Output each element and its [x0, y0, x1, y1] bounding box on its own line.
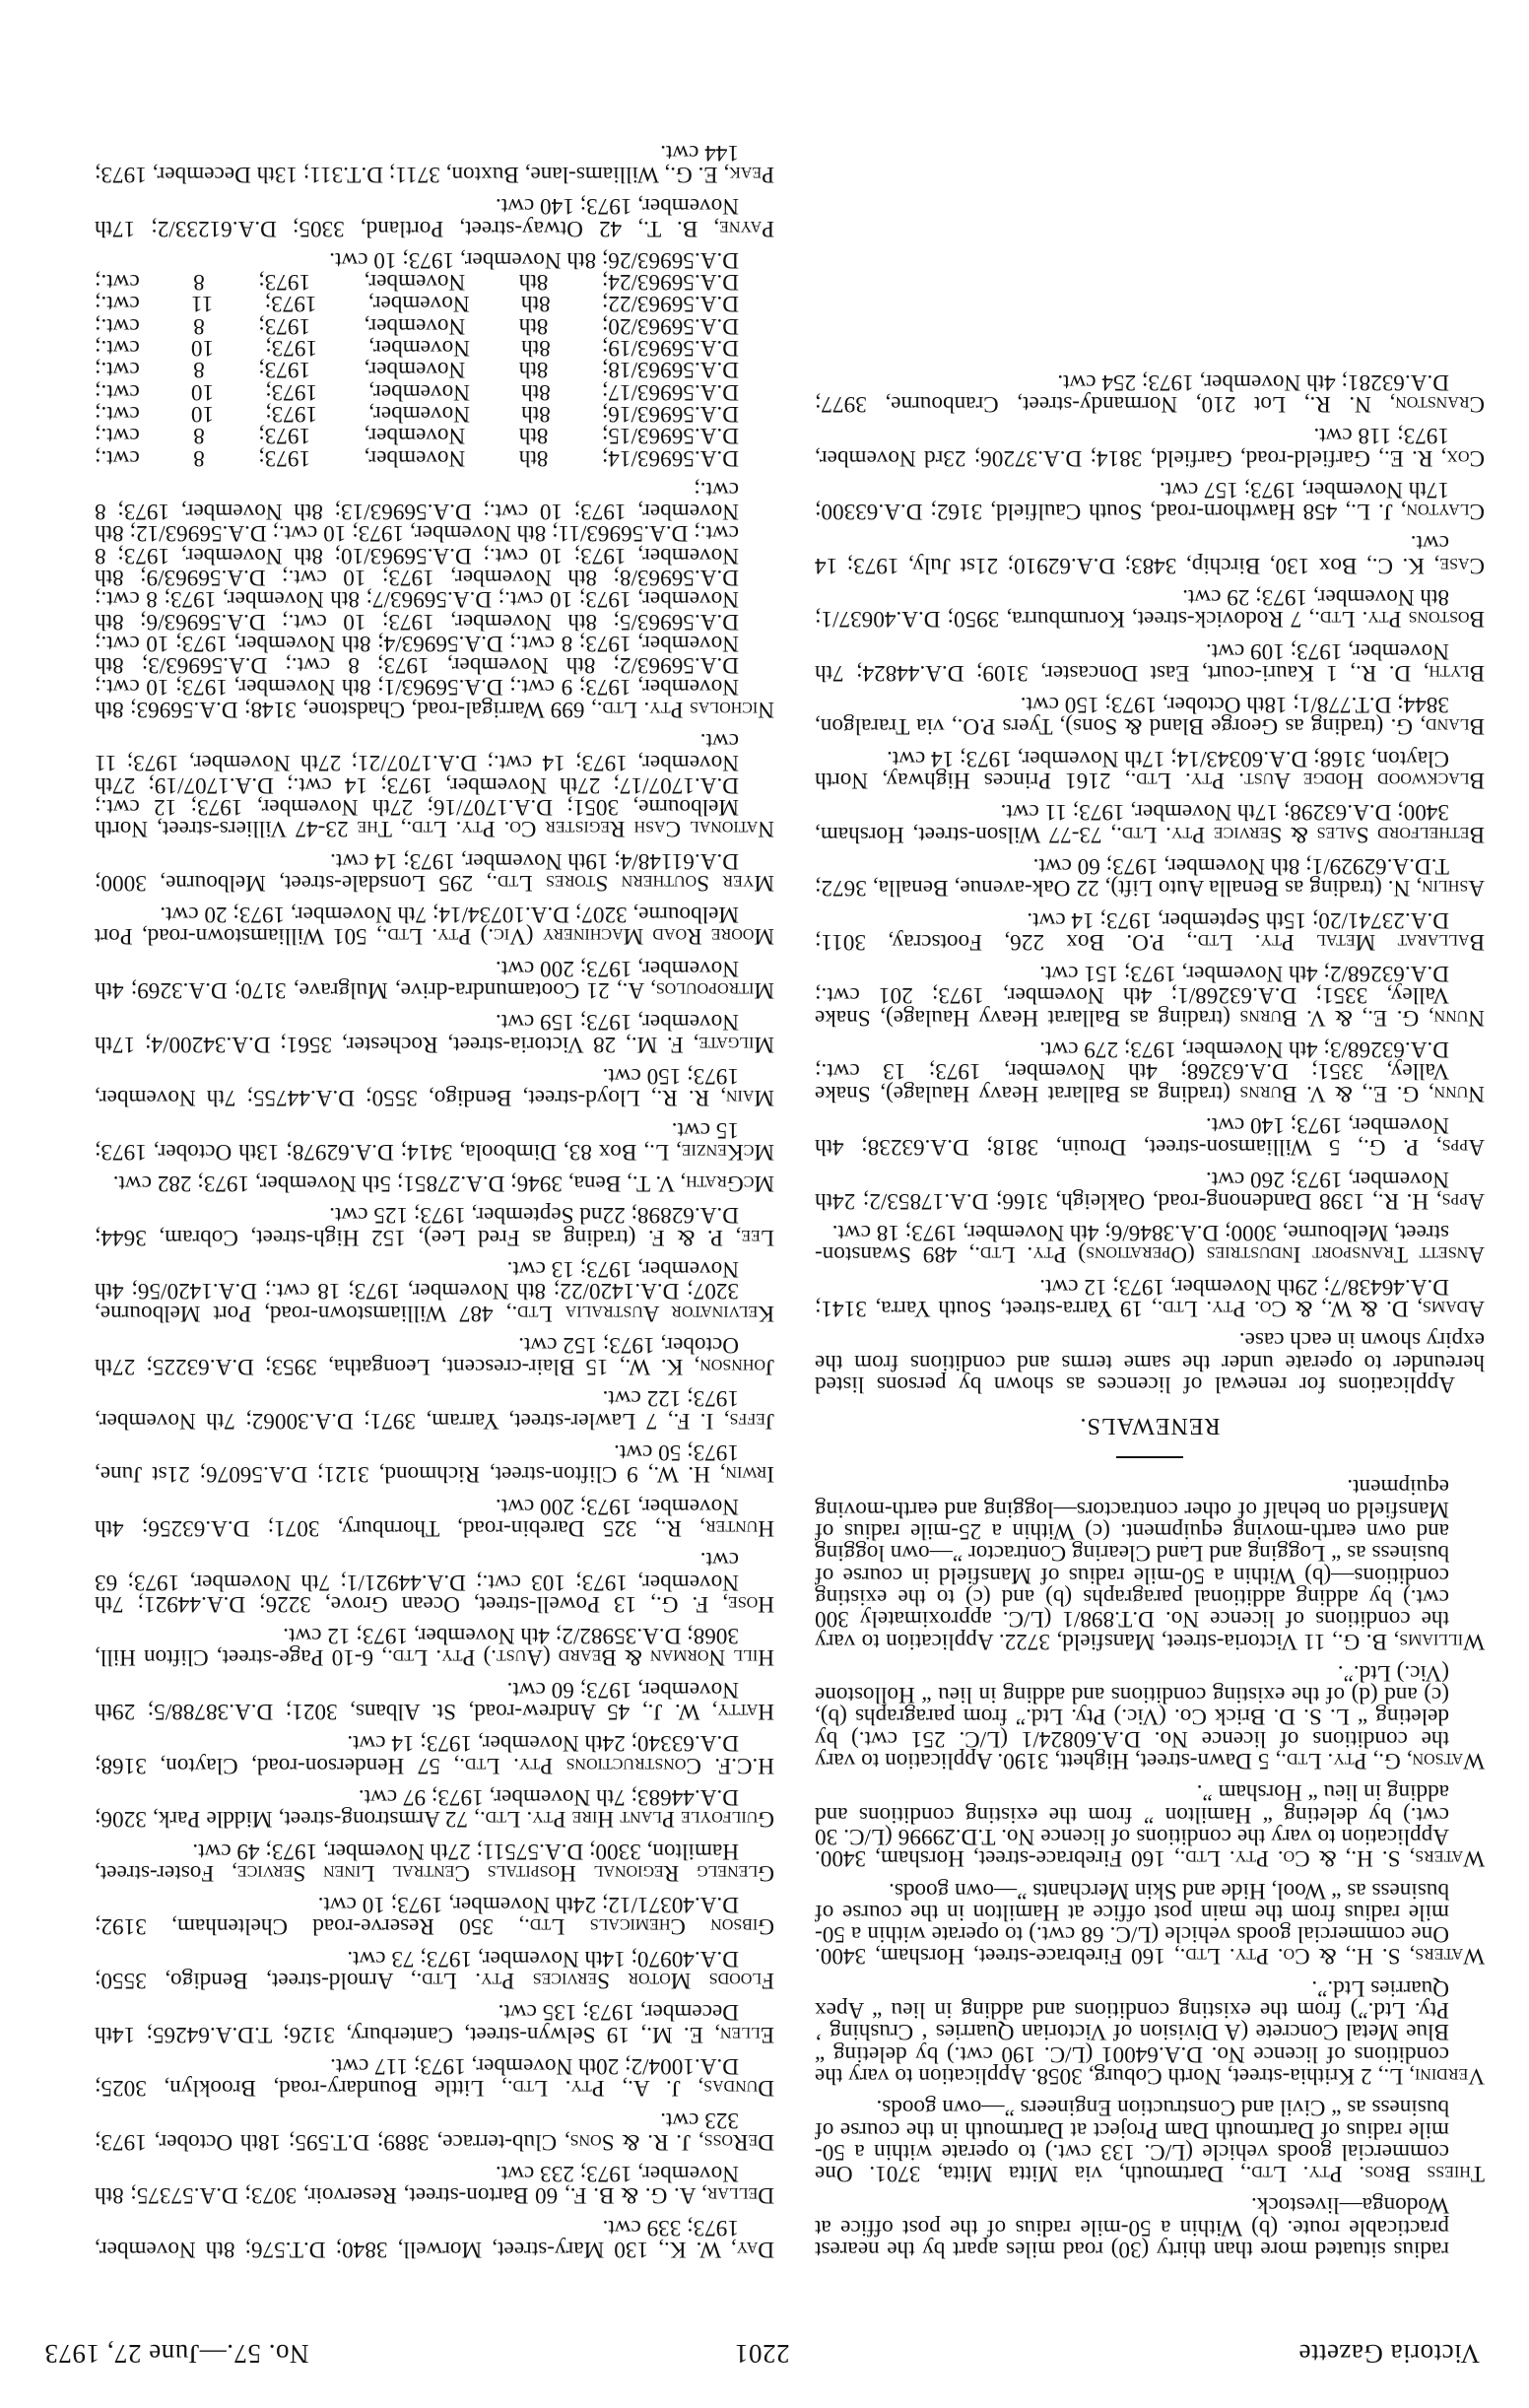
- licensee-name: Nunn, G. E., & V. Burns: [1239, 1005, 1485, 1031]
- licensee-name: Ballarat Metal Pty. Ltd.: [1192, 929, 1485, 955]
- cell-month: November,: [365, 425, 466, 446]
- licence-entry: Dundas, J. A., Pty. Ltd., Little Boundar…: [95, 2055, 774, 2100]
- cell-licence: D.A.56963/20;: [602, 314, 739, 336]
- licence-details: , Garfield-road, Garfield, 3814; D.A.372…: [815, 423, 1449, 470]
- licence-details: , 19 Selwyn-street, Canterbury, 3126; T.…: [95, 1999, 739, 2046]
- licensee-name: Payne, B. T.: [643, 216, 774, 241]
- licensee-name: Day, W. K.: [664, 2237, 774, 2262]
- licence-entry: Milgate, F. M., 28 Victoria-street, Roch…: [95, 1011, 774, 1055]
- licensee-name: Irwin, H. W.: [653, 1461, 774, 1487]
- licence-entry: Apps, P. G., 5 Williamson-street, Drouin…: [815, 1114, 1485, 1159]
- table-row: D.A.56963/18;8thNovember,1973;8cwt.;: [95, 359, 774, 380]
- licence-entry: Ballarat Metal Pty. Ltd., P.O. Box 226, …: [815, 908, 1485, 953]
- licensee-name: Hose, F. G.: [656, 1591, 774, 1617]
- licensee-name: Waters, S. H., & Co. Pty. Ltd.: [1180, 1845, 1485, 1871]
- licensee-name: Nicholas Pty. Ltd.: [597, 697, 774, 722]
- licensee-name: Clayton, J. L.: [1351, 499, 1485, 524]
- licence-entry: Mitropoulos, A., 21 Cootamundra-drive, M…: [95, 957, 774, 1001]
- licence-entry: Myer Southern Stores Ltd., 295 Lonsdale-…: [95, 849, 774, 894]
- licensee-name: Guilfoyle Plant Hire Pty. Ltd.: [480, 1806, 774, 1832]
- cell-month: November,: [368, 337, 470, 359]
- section-divider: [1116, 1456, 1183, 1458]
- licensee-name: McGrath, V. T.: [632, 1171, 774, 1196]
- licensee-name: Blackwood Hodge Aust. Pty. Ltd.: [1131, 768, 1485, 793]
- licence-entry: Hatty, W. J., 45 Andrew-road, St. Albans…: [95, 1678, 774, 1722]
- nicholas-tail: D.A.56963/26; 8th November, 1973; 10 cwt…: [95, 249, 774, 271]
- table-row: D.A.56963/22;8thNovember,1973;11cwt.;: [95, 293, 774, 314]
- licensee-name: Floods Motor Services Pty. Ltd.: [416, 1968, 774, 1993]
- licence-details: , Box 83, Dimboola, 3414; D.A.62978; 13t…: [95, 1117, 739, 1165]
- table-row: D.A.56963/24;8thNovember,1973;8cwt.;: [95, 271, 774, 293]
- licensee-name: Dundas, J. A., Pty. Ltd.: [507, 2075, 774, 2101]
- licensee-name: Apps, H. R.: [1378, 1188, 1485, 1214]
- nicholas-licence-table: D.A.56963/14;8thNovember,1973;8cwt.;D.A.…: [95, 271, 774, 469]
- licence-entry: Glenelg Regional Hospitals Central Linen…: [95, 1839, 774, 1884]
- licence-entry: Gibson Chemicals Ltd., 350 Reserve-road …: [95, 1894, 774, 1938]
- licence-entry: Blackwood Hodge Aust. Pty. Ltd., 2161 Pr…: [815, 747, 1485, 791]
- cell-day: 8th: [519, 271, 549, 293]
- cell-month: November,: [365, 271, 466, 293]
- licence-entry: Hunter, R., 325 Darebin-road, Thornbury,…: [95, 1495, 774, 1539]
- licensee-name: Kelvinator Australia Ltd.: [511, 1301, 774, 1326]
- licence-entry: Moore Road Machinery (Vic.) Pty. Ltd., 5…: [95, 903, 774, 948]
- licence-details: (trading as Benalla Auto Lift), 22 Oak-a…: [815, 853, 1449, 901]
- licence-entry: McGrath, V. T., Bena, 3946; D.A.27851; 5…: [95, 1172, 774, 1194]
- licence-details: , Lloyd-street, Bendigo, 3550; D.A.44755…: [95, 1063, 739, 1110]
- licensee-name: Cox, R. E.: [1384, 445, 1485, 471]
- licensee-name: Glenelg Regional Hospitals Central Linen…: [237, 1860, 774, 1886]
- licence-entry: McKenzie, L., Box 83, Dimboola, 3414; D.…: [95, 1118, 774, 1163]
- licence-entry: Case, K. C., Box 130, Birchip, 3483; D.A…: [815, 532, 1485, 576]
- licensee-name: Hatty, W. J.: [648, 1699, 774, 1724]
- licence-details: , 7 Lawler-street, Yarram, 3971; D.A.300…: [95, 1386, 739, 1434]
- licence-details: , 1398 Dandenong-road, Oakleigh, 3166; D…: [815, 1167, 1449, 1214]
- licence-entry: Bland, G. (trading as George Bland & Son…: [815, 694, 1485, 738]
- cell-cwt: 8: [193, 359, 205, 380]
- licence-entry: Peak, E. G., Williams-lane, Buxton, 3711…: [95, 141, 774, 185]
- licence-entry: H.C.F. Constructions Pty. Ltd., 57 Hende…: [95, 1732, 774, 1776]
- licence-details: , Bena, 3946; D.A.27851; 5th November, 1…: [113, 1171, 632, 1196]
- licence-details: (trading as George Bland & Sons), Tyers …: [815, 692, 1449, 739]
- licensee-name: Milgate, F. M.: [632, 1032, 774, 1057]
- licensee-name: Waters, S. H., & Co. Pty. Ltd.: [1180, 1943, 1485, 1969]
- cell-cwt: 10: [191, 337, 214, 359]
- licensee-name: Peak, E. G.: [670, 162, 774, 187]
- cell-licence: D.A.56963/16;: [602, 403, 739, 425]
- licence-entry: Nunn, G. E., & V. Burns (trading as Ball…: [815, 963, 1485, 1029]
- licence-details: , 42 Otway-street, Portland, 3305; D.A.6…: [95, 193, 739, 240]
- cell-month: November,: [365, 314, 466, 336]
- page-header: Victoria Gazette 2201 No. 57.—June 27, 1…: [44, 2329, 1480, 2369]
- licence-details: , 5 Williamson-street, Drouin, 3818; D.A…: [815, 1112, 1449, 1160]
- renewals-intro: Applications for renewal of licences as …: [815, 1329, 1485, 1395]
- renewal-entries-continued: Day, W. K., 130 Mary-street, Morwell, 38…: [95, 479, 774, 2260]
- licence-entry: Waters, S. H., & Co. Pty. Ltd., 160 Fire…: [815, 1879, 1485, 1967]
- licensee-name: Verdini, L.: [1383, 2063, 1485, 2089]
- licence-entry: Payne, B. T., 42 Otway-street, Portland,…: [95, 195, 774, 239]
- licence-details: , 45 Andrew-road, St. Albans, 3021; D.A.…: [95, 1677, 739, 1724]
- cell-unit: cwt.;: [95, 446, 140, 468]
- licensee-name: Bland, G.: [1391, 713, 1485, 739]
- cell-licence: D.A.56963/14;: [602, 446, 739, 468]
- cell-licence: D.A.56963/22;: [602, 293, 739, 314]
- licensee-name: Dellar, A. G. & B. F.: [570, 2182, 774, 2208]
- licensee-name: Blyth, D. R.: [1356, 660, 1485, 686]
- licence-details: , 699 Warrigal-road, Chadstone, 3148; D.…: [95, 477, 739, 722]
- licence-entry: Floods Motor Services Pty. Ltd., Arnold-…: [95, 1947, 774, 1991]
- licence-details: , 1 Kauri-court, East Doncaster, 3109; D…: [815, 638, 1449, 686]
- licensee-name: Apps, P. G.: [1363, 1134, 1485, 1160]
- renewals-heading: RENEWALS.: [815, 1415, 1485, 1437]
- licensee-name: Lee, P. & F.: [648, 1225, 774, 1250]
- licensee-name: Case, K. C.: [1372, 553, 1485, 578]
- licensee-name: Ashlin, N.: [1388, 875, 1485, 901]
- licence-entry: Kelvinator Australia Ltd., 487 Williamst…: [95, 1258, 774, 1324]
- licensee-name: Myer Southern Stores Ltd.: [492, 870, 774, 896]
- cell-cwt: 10: [191, 380, 214, 402]
- cell-unit: cwt.;: [95, 314, 140, 336]
- licence-details: (trading as Fred Lee), 152 High-street, …: [95, 1202, 739, 1249]
- licence-entry: Johnson, K. W., 15 Blair-crescent, Leong…: [95, 1334, 774, 1378]
- licence-details: , Williams-lane, Buxton, 3711; D.T.311; …: [95, 140, 739, 187]
- cell-year: 1973;: [265, 403, 317, 425]
- cell-year: 1973;: [258, 314, 310, 336]
- licence-entry: Irwin, H. W., 9 Clifton-street, Richmond…: [95, 1441, 774, 1486]
- licence-entry: Bethelford Sales & Service Pty. Ltd., 73…: [815, 801, 1485, 845]
- licence-entry: Nicholas Pty. Ltd., 699 Warrigal-road, C…: [95, 479, 774, 720]
- licensee-name: Main, R. R.: [656, 1085, 774, 1110]
- cell-licence: D.A.56963/24;: [602, 271, 739, 293]
- licence-details: , 130 Mary-street, Morwell, 3840; D.T.57…: [95, 2215, 739, 2262]
- licence-entry: Waters, S. H., & Co. Pty. Ltd., 160 Fire…: [815, 1781, 1485, 1869]
- cell-day: 8th: [521, 293, 551, 314]
- cell-unit: cwt.;: [95, 403, 140, 425]
- licence-entry: Thiess Bros. Pty. Ltd., Dartmouth, via M…: [815, 2097, 1485, 2184]
- renewal-entries: Adams, D. & W., & Co. Pty. Ltd., 19 Yarr…: [815, 370, 1485, 1319]
- licensee-name: Bethelford Sales & Service Pty. Ltd.: [1116, 822, 1485, 847]
- licence-entry: Adams, D. & W., & Co. Pty. Ltd., 19 Yarr…: [815, 1275, 1485, 1319]
- cell-cwt: 11: [191, 293, 213, 314]
- cell-month: November,: [365, 446, 466, 468]
- licence-entry: Blyth, D. R., 1 Kauri-court, East Doncas…: [815, 639, 1485, 684]
- left-column: radius situated more than thirty (30) ro…: [815, 361, 1485, 2260]
- cell-day: 8th: [519, 446, 549, 468]
- licence-entry: Dellar, A. G. & B. F., 60 Barton-street,…: [95, 2163, 774, 2207]
- licensee-name: Nunn, G. E., & V. Burns: [1239, 1081, 1485, 1106]
- licence-entry: National Cash Register Co. Pty. Ltd., Th…: [95, 730, 774, 839]
- licence-entry: Williams, B. G., 11 Victoria-street, Man…: [815, 1476, 1485, 1651]
- licence-entry: Hill Norman & Beard (Aust.) Pty. Ltd., 6…: [95, 1625, 774, 1669]
- cell-day: 8th: [521, 380, 551, 402]
- licence-details: , 9 Clifton-street, Richmond, 3121; D.A.…: [95, 1439, 739, 1487]
- cell-year: 1973;: [258, 271, 310, 293]
- licence-entry: Jeffs, I. F., 7 Lawler-street, Yarram, 3…: [95, 1387, 774, 1432]
- cell-unit: cwt.;: [95, 380, 140, 402]
- licensee-name: H.C.F. Constructions Pty. Ltd.: [459, 1753, 774, 1778]
- licensee-name: Adams, D. & W., & Co. Pty. Ltd.: [1158, 1296, 1485, 1321]
- licensee-name: DeRoss, J. R. & Sons: [570, 2129, 774, 2155]
- gazette-page: Victoria Gazette 2201 No. 57.—June 27, 1…: [0, 0, 1529, 2408]
- cell-licence: D.A.56963/15;: [602, 425, 739, 446]
- cell-day: 8th: [519, 314, 549, 336]
- licensee-name: National Cash Register Co. Pty. Ltd., Th…: [358, 816, 774, 841]
- licence-details: , 325 Darebin-road, Thornbury, 3071; D.A…: [95, 1494, 739, 1541]
- licensee-name: Mitropoulos, A.: [623, 977, 774, 1003]
- cell-cwt: 8: [193, 271, 205, 293]
- licence-entry: Nunn, G. E., & V. Burns (trading as Ball…: [815, 1038, 1485, 1104]
- licence-entry: Ansett Transport Industries (Operations)…: [815, 1222, 1485, 1266]
- licensee-name: Williams, B. G.: [1338, 1629, 1485, 1654]
- licence-entry: Bostons Pty. Ltd., 7 Rodovick-street, Ko…: [815, 586, 1485, 631]
- cell-cwt: 8: [193, 446, 205, 468]
- cell-cwt: 8: [193, 314, 205, 336]
- licensee-name: Jeffs, I. F.: [673, 1408, 774, 1434]
- licence-entry: Cox, R. E., Garfield-road, Garfield, 381…: [815, 425, 1485, 469]
- table-row: D.A.56963/19;8thNovember,1973;10cwt.;: [95, 337, 774, 359]
- cell-unit: cwt.;: [95, 425, 140, 446]
- licence-entry: Clayton, J. L., 458 Hawthorn-road, South…: [815, 479, 1485, 523]
- licence-details: , 11 Victoria-street, Mansfield, 3722. A…: [815, 1475, 1449, 1654]
- licence-details: , Box 130, Birchip, 3483; D.A.62910; 21s…: [815, 530, 1449, 577]
- issue-date: No. 57.—June 27, 1973: [44, 2338, 309, 2369]
- cell-cwt: 8: [193, 425, 205, 446]
- licensee-name: Hill Norman & Beard (Aust.) Pty. Ltd.: [387, 1644, 774, 1670]
- licensee-name: Gibson Chemicals Ltd.: [524, 1913, 774, 1939]
- licence-entry: Main, R. R., Lloyd-street, Bendigo, 3550…: [95, 1065, 774, 1109]
- licensee-name: McKenzie, L.: [649, 1139, 774, 1165]
- licensee-name: Cranston, N. R.: [1309, 391, 1485, 417]
- cell-unit: cwt.;: [95, 293, 140, 314]
- cell-year: 1973;: [258, 425, 310, 446]
- cell-year: 1973;: [265, 293, 317, 314]
- cell-month: November,: [368, 380, 470, 402]
- licence-entry: Hose, F. G., 13 Powell-street, Ocean Gro…: [95, 1549, 774, 1615]
- cell-licence: D.A.56963/17;: [602, 380, 739, 402]
- cell-year: 1973;: [265, 380, 317, 402]
- licensee-name: Johnson, K. W.: [626, 1354, 775, 1379]
- cell-year: 1973;: [265, 337, 317, 359]
- continued-text: radius situated more than thirty (30) ro…: [815, 2194, 1485, 2260]
- licence-entry: Ellen, E. M., 19 Selwyn-street, Canterbu…: [95, 2001, 774, 2045]
- table-row: D.A.56963/17;8thNovember,1973;10cwt.;: [95, 380, 774, 402]
- cell-day: 8th: [521, 403, 551, 425]
- licence-entry: DeRoss, J. R. & Sons, Club-terrace, 3889…: [95, 2108, 774, 2153]
- licensee-name: Watson, G., Pty. Ltd.: [1281, 1748, 1485, 1773]
- table-row: D.A.56963/15;8thNovember,1973;8cwt.;: [95, 425, 774, 446]
- cell-unit: cwt.;: [95, 271, 140, 293]
- licence-entry: Ashlin, N. (trading as Benalla Auto Lift…: [815, 855, 1485, 900]
- licence-details: , 2 Krithia-street, North Coburg, 3058. …: [815, 1975, 1449, 2089]
- cell-cwt: 10: [191, 403, 214, 425]
- licensee-name: Ellen, E. M.: [646, 2022, 774, 2047]
- cell-month: November,: [368, 293, 470, 314]
- licensee-name: Thiess Bros. Pty. Ltd.: [1246, 2161, 1485, 2186]
- licensee-name: Moore Road Machinery (Vic.) Pty. Ltd.: [382, 923, 774, 949]
- licence-entry: Guilfoyle Plant Hire Pty. Ltd., 72 Armst…: [95, 1786, 774, 1831]
- licence-details: , 13 Powell-street, Ocean Grove, 3226; D…: [95, 1547, 739, 1617]
- licence-entry: Apps, H. R., 1398 Dandenong-road, Oaklei…: [815, 1168, 1485, 1212]
- cell-month: November,: [368, 403, 470, 425]
- cell-licence: D.A.56963/18;: [602, 359, 739, 380]
- cell-licence: D.A.56963/19;: [602, 337, 739, 359]
- cell-unit: cwt.;: [95, 337, 140, 359]
- cell-unit: cwt.;: [95, 359, 140, 380]
- licensee-name: Bostons Pty. Ltd.: [1314, 606, 1485, 632]
- table-row: D.A.56963/14;8thNovember,1973;8cwt.;: [95, 446, 774, 468]
- cell-month: November,: [365, 359, 466, 380]
- right-column: Day, W. K., 130 Mary-street, Morwell, 38…: [95, 131, 774, 2260]
- licence-entry: Lee, P. & F. (trading as Fred Lee), 152 …: [95, 1204, 774, 1248]
- cell-year: 1973;: [258, 359, 310, 380]
- table-row: D.A.56963/16;8thNovember,1973;10cwt.;: [95, 403, 774, 425]
- final-entries: Payne, B. T., 42 Otway-street, Portland,…: [95, 141, 774, 238]
- table-row: D.A.56963/20;8thNovember,1973;8cwt.;: [95, 314, 774, 336]
- licence-entry: Day, W. K., 130 Mary-street, Morwell, 38…: [95, 2216, 774, 2260]
- licence-entry: Cranston, N. R., Lot 210, Normandy-stree…: [815, 370, 1485, 415]
- application-entries: Thiess Bros. Pty. Ltd., Dartmouth, via M…: [815, 1476, 1485, 2184]
- licence-entry: Verdini, L., 2 Krithia-street, North Cob…: [815, 1976, 1485, 2086]
- licensee-name: Ansett Transport Industries (Operations)…: [974, 1241, 1485, 1267]
- cell-day: 8th: [521, 337, 551, 359]
- cell-day: 8th: [519, 425, 549, 446]
- licence-entry: Watson, G., Pty. Ltd., 5 Dawn-street, Hi…: [815, 1662, 1485, 1772]
- cell-year: 1973;: [258, 446, 310, 468]
- cell-day: 8th: [519, 359, 549, 380]
- licensee-name: Hunter, R.: [661, 1515, 774, 1541]
